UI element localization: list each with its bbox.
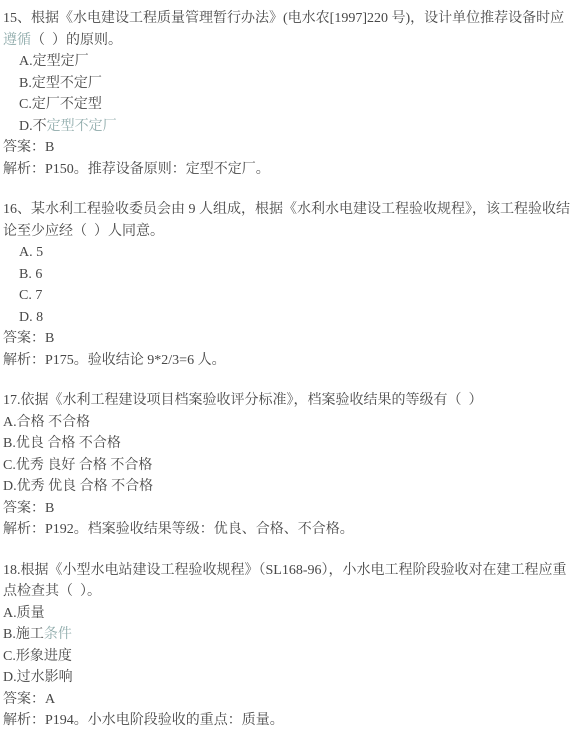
text-segment: A. 5	[19, 245, 43, 260]
text-segment: C.优秀 良好 合格 不合格	[3, 458, 152, 473]
answer-option: C. 7	[3, 285, 570, 307]
text-segment: D.过水影响	[3, 670, 73, 685]
analysis-line: 解析：P194。小水电阶段验收的重点：质量。	[3, 710, 570, 731]
text-segment: A.定型定厂	[19, 54, 89, 69]
text-segment: C.形象进度	[3, 649, 72, 664]
text-segment: 18.根据《小型水电站建设工程验收规程》（SL168-96），小水电工程阶段验收…	[3, 563, 567, 600]
answer-line: 答案：B	[3, 137, 570, 159]
answer-option: B.定型不定厂	[3, 73, 570, 95]
question-stem: 16、某水利工程验收委员会由 9 人组成，根据《水利水电建设工程验收规程》，该工…	[3, 199, 570, 242]
text-segment: D.不	[19, 119, 47, 134]
text-segment: D. 8	[19, 310, 43, 325]
text-segment: 17.依据《水利工程建设项目档案验收评分标准》，档案验收结果的等级有（ ）	[3, 393, 483, 408]
question-block-17: 17.依据《水利工程建设项目档案验收评分标准》，档案验收结果的等级有（ ）A.合…	[3, 390, 570, 541]
answer-option: A.定型定厂	[3, 51, 570, 73]
answer-option: A. 5	[3, 242, 570, 264]
text-segment: D.优秀 优良 合格 不合格	[3, 479, 153, 494]
text-segment: 15、根据《水电建设工程质量管理暂行办法》(电水农[1997]220 号)，设计…	[3, 11, 564, 26]
analysis-line: 解析：P175。验收结论 9*2/3=6 人。	[3, 350, 570, 372]
answer-option: C.优秀 良好 合格 不合格	[3, 455, 570, 477]
highlighted-text: 定型不定厂	[47, 119, 117, 134]
answer-option: B.施工条件	[3, 624, 570, 646]
text-segment: B.定型不定厂	[19, 76, 102, 91]
answer-option: B.优良 合格 不合格	[3, 433, 570, 455]
highlighted-text: 遵循	[3, 33, 31, 48]
answer-option: C.形象进度	[3, 646, 570, 668]
answer-option: B. 6	[3, 264, 570, 286]
answer-line: 答案：B	[3, 498, 570, 520]
analysis-line: 解析：P192。档案验收结果等级：优良、合格、不合格。	[3, 519, 570, 541]
exam-document-page: 15、根据《水电建设工程质量管理暂行办法》(电水农[1997]220 号)，设计…	[0, 0, 574, 731]
text-segment: A.质量	[3, 606, 45, 621]
answer-option: C.定厂不定型	[3, 94, 570, 116]
answer-line: 答案：B	[3, 328, 570, 350]
answer-option: D.不定型不定厂	[3, 116, 570, 138]
question-stem: 15、根据《水电建设工程质量管理暂行办法》(电水农[1997]220 号)，设计…	[3, 8, 570, 51]
question-list: 15、根据《水电建设工程质量管理暂行办法》(电水农[1997]220 号)，设计…	[3, 8, 570, 731]
analysis-line: 解析：P150。推荐设备原则：定型不定厂。	[3, 159, 570, 181]
text-segment: B.优良 合格 不合格	[3, 436, 121, 451]
text-segment: A.合格 不合格	[3, 415, 90, 430]
text-segment: （ ）的原则。	[31, 33, 122, 48]
text-segment: C. 7	[19, 288, 42, 303]
answer-option: D.过水影响	[3, 667, 570, 689]
question-block-16: 16、某水利工程验收委员会由 9 人组成，根据《水利水电建设工程验收规程》，该工…	[3, 199, 570, 371]
answer-option: D. 8	[3, 307, 570, 329]
question-block-18: 18.根据《小型水电站建设工程验收规程》（SL168-96），小水电工程阶段验收…	[3, 560, 570, 731]
text-segment: 16、某水利工程验收委员会由 9 人组成，根据《水利水电建设工程验收规程》，该工…	[3, 202, 570, 239]
answer-line: 答案：A	[3, 689, 570, 711]
question-block-15: 15、根据《水电建设工程质量管理暂行办法》(电水农[1997]220 号)，设计…	[3, 8, 570, 180]
question-stem: 18.根据《小型水电站建设工程验收规程》（SL168-96），小水电工程阶段验收…	[3, 560, 570, 603]
answer-option: A.合格 不合格	[3, 412, 570, 434]
text-segment: B. 6	[19, 267, 42, 282]
answer-option: A.质量	[3, 603, 570, 625]
answer-option: D.优秀 优良 合格 不合格	[3, 476, 570, 498]
text-segment: B.施工	[3, 627, 44, 642]
question-stem: 17.依据《水利工程建设项目档案验收评分标准》，档案验收结果的等级有（ ）	[3, 390, 570, 412]
highlighted-text: 条件	[44, 627, 72, 642]
text-segment: C.定厂不定型	[19, 97, 102, 112]
